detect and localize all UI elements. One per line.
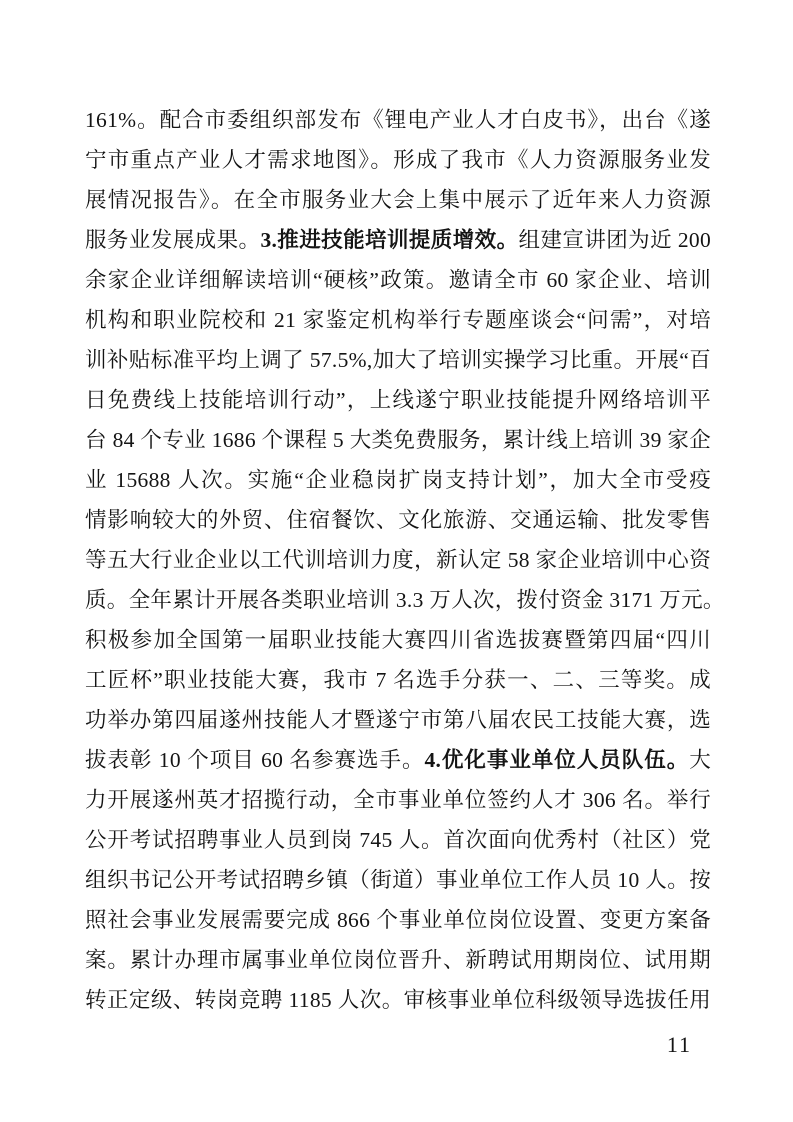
text-segment: 转正定级、转岗竞聘 1185 人次。审核事业单位科级领导选拔任用 [85,988,711,1012]
text-segment: 机构和职业院校和 21 家鉴定机构举行专题座谈会“问需”，对培 [85,308,711,332]
text-line: 展情况报告》。在全市服务业大会上集中展示了近年来人力资源 [85,180,711,220]
text-segment: 质。全年累计开展各类职业培训 3.3 万人次，拨付资金 3171 万元。 [85,588,711,612]
text-line: 余家企业详细解读培训“硬核”政策。邀请全市 60 家企业、培训 [85,260,711,300]
text-line: 案。累计办理市属事业单位岗位晋升、新聘试用期岗位、试用期 [85,940,711,980]
text-line: 公开考试招聘事业人员到岗 745 人。首次面向优秀村（社区）党 [85,820,711,860]
section-heading: 4.优化事业单位人员队伍。 [424,748,689,772]
text-segment: 拔表彰 10 个项目 60 名参赛选手。 [85,748,424,772]
text-line: 照社会事业发展需要完成 866 个事业单位岗位设置、变更方案备 [85,900,711,940]
text-line: 日免费线上技能培训行动”，上线遂宁职业技能提升网络培训平 [85,380,711,420]
text-line: 宁市重点产业人才需求地图》。形成了我市《人力资源服务业发 [85,140,711,180]
text-segment: 宁市重点产业人才需求地图》。形成了我市《人力资源服务业发 [85,148,711,172]
text-line: 质。全年累计开展各类职业培训 3.3 万人次，拨付资金 3171 万元。 [85,580,711,620]
text-line: 业 15688 人次。实施“企业稳岗扩岗支持计划”，加大全市受疫 [85,460,711,500]
text-line: 机构和职业院校和 21 家鉴定机构举行专题座谈会“问需”，对培 [85,300,711,340]
text-line: 功举办第四届遂州技能人才暨遂宁市第八届农民工技能大赛，选 [85,700,711,740]
text-line: 情影响较大的外贸、住宿餐饮、文化旅游、交通运输、批发零售 [85,500,711,540]
text-segment: 161%。配合市委组织部发布《锂电产业人才白皮书》，出台《遂 [85,108,711,132]
text-segment: 日免费线上技能培训行动”，上线遂宁职业技能提升网络培训平 [85,388,711,412]
text-segment: 工匠杯”职业技能大赛，我市 7 名选手分获一、二、三等奖。成 [85,668,711,692]
text-line: 训补贴标准平均上调了 57.5%,加大了培训实操学习比重。开展“百 [85,340,711,380]
text-line: 组织书记公开考试招聘乡镇（街道）事业单位工作人员 10 人。按 [85,860,711,900]
text-line: 拔表彰 10 个项目 60 名参赛选手。4.优化事业单位人员队伍。大 [85,740,711,780]
text-line: 等五大行业企业以工代训培训力度，新认定 58 家企业培训中心资 [85,540,711,580]
text-segment: 展情况报告》。在全市服务业大会上集中展示了近年来人力资源 [85,188,711,212]
document-body: 161%。配合市委组织部发布《锂电产业人才白皮书》，出台《遂宁市重点产业人才需求… [85,100,711,1020]
text-line: 转正定级、转岗竞聘 1185 人次。审核事业单位科级领导选拔任用 [85,980,711,1020]
text-line: 台 84 个专业 1686 个课程 5 大类免费服务，累计线上培训 39 家企 [85,420,711,460]
text-segment: 功举办第四届遂州技能人才暨遂宁市第八届农民工技能大赛，选 [85,708,711,732]
text-line: 服务业发展成果。3.推进技能培训提质增效。组建宣讲团为近 200 [85,220,711,260]
text-segment: 余家企业详细解读培训“硬核”政策。邀请全市 60 家企业、培训 [85,268,711,292]
text-segment: 等五大行业企业以工代训培训力度，新认定 58 家企业培训中心资 [85,548,711,572]
text-segment: 照社会事业发展需要完成 866 个事业单位岗位设置、变更方案备 [85,908,711,932]
text-segment: 组织书记公开考试招聘乡镇（街道）事业单位工作人员 10 人。按 [85,868,711,892]
page-number: 11 [667,1030,692,1060]
document-page: 161%。配合市委组织部发布《锂电产业人才白皮书》，出台《遂宁市重点产业人才需求… [0,0,793,1122]
text-line: 积极参加全国第一届职业技能大赛四川省选拔赛暨第四届“四川 [85,620,711,660]
text-segment: 积极参加全国第一届职业技能大赛四川省选拔赛暨第四届“四川 [85,628,711,652]
text-segment: 训补贴标准平均上调了 57.5%,加大了培训实操学习比重。开展“百 [85,348,711,372]
text-segment: 情影响较大的外贸、住宿餐饮、文化旅游、交通运输、批发零售 [85,508,711,532]
text-line: 161%。配合市委组织部发布《锂电产业人才白皮书》，出台《遂 [85,100,711,140]
text-line: 力开展遂州英才招揽行动，全市事业单位签约人才 306 名。举行 [85,780,711,820]
text-line: 工匠杯”职业技能大赛，我市 7 名选手分获一、二、三等奖。成 [85,660,711,700]
text-segment: 案。累计办理市属事业单位岗位晋升、新聘试用期岗位、试用期 [85,948,711,972]
text-segment: 大 [689,748,711,772]
text-segment: 台 84 个专业 1686 个课程 5 大类免费服务，累计线上培训 39 家企 [85,428,711,452]
text-segment: 力开展遂州英才招揽行动，全市事业单位签约人才 306 名。举行 [85,788,711,812]
section-heading: 3.推进技能培训提质增效。 [260,228,518,252]
text-segment: 公开考试招聘事业人员到岗 745 人。首次面向优秀村（社区）党 [85,828,711,852]
text-segment: 服务业发展成果。 [85,228,260,252]
text-segment: 业 15688 人次。实施“企业稳岗扩岗支持计划”，加大全市受疫 [85,468,711,492]
text-segment: 组建宣讲团为近 200 [519,228,711,252]
